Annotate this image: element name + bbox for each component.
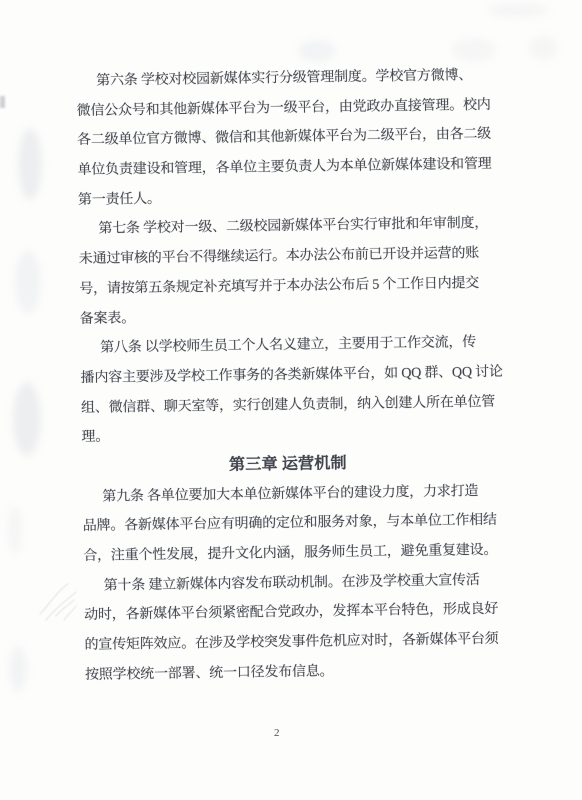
article-paragraph: 第九条 各单位要加大本单位新媒体平台的建设力度，力求打造 品牌。各新媒体平台应有… [82, 476, 501, 571]
text-line: 号，请按第五条规定补充填写并于本办法公布后 5 个工作日内提交 [79, 269, 497, 305]
scan-smudge [298, 40, 336, 62]
document-text-block: 第六条 学校对校园新媒体实行分级管理制度。学校官方微博、 微信公众号和其他新媒体… [76, 61, 503, 691]
article-paragraph: 第六条 学校对校园新媒体实行分级管理制度。学校官方微博、 微信公众号和其他新媒体… [76, 61, 496, 216]
article-paragraph: 第八条 以学校师生员工个人名义建立，主要用于工作交流，传 播内容主要涉及学校工作… [80, 328, 500, 453]
scan-smudge [15, 250, 41, 314]
scan-scribble-mark [34, 576, 82, 628]
scan-smudge [18, 128, 42, 200]
scan-smudge [488, 2, 548, 18]
scanned-document-page: 第六条 学校对校园新媒体实行分级管理制度。学校官方微博、 微信公众号和其他新媒体… [0, 0, 582, 800]
scan-smudge [9, 646, 27, 692]
text-line: 按照学校统一部署、统一口径发布信息。 [85, 654, 503, 690]
scan-smudge [528, 36, 558, 60]
scan-edge-mark [0, 96, 5, 108]
text-line: 的宣传矩阵效应。在涉及学校突发事件危机应对时，各新媒体平台须 [84, 625, 502, 661]
scan-smudge [7, 506, 23, 554]
page-number: 2 [274, 727, 280, 739]
scan-smudge [452, 38, 496, 62]
text-line: 单位负责建设和管理，各单位主要负责人为本单位新媒体建设和管理 [77, 150, 495, 186]
article-paragraph: 第十条 建立新媒体内容发布联动机制。在涉及学校重大宣传活 动时，各新媒体平台须紧… [83, 565, 503, 690]
article-paragraph: 第七条 学校对一级、二级校园新媒体平台实行审批和年审制度， 未通过审核的平台不得… [78, 209, 498, 334]
scan-smudge [13, 382, 41, 456]
